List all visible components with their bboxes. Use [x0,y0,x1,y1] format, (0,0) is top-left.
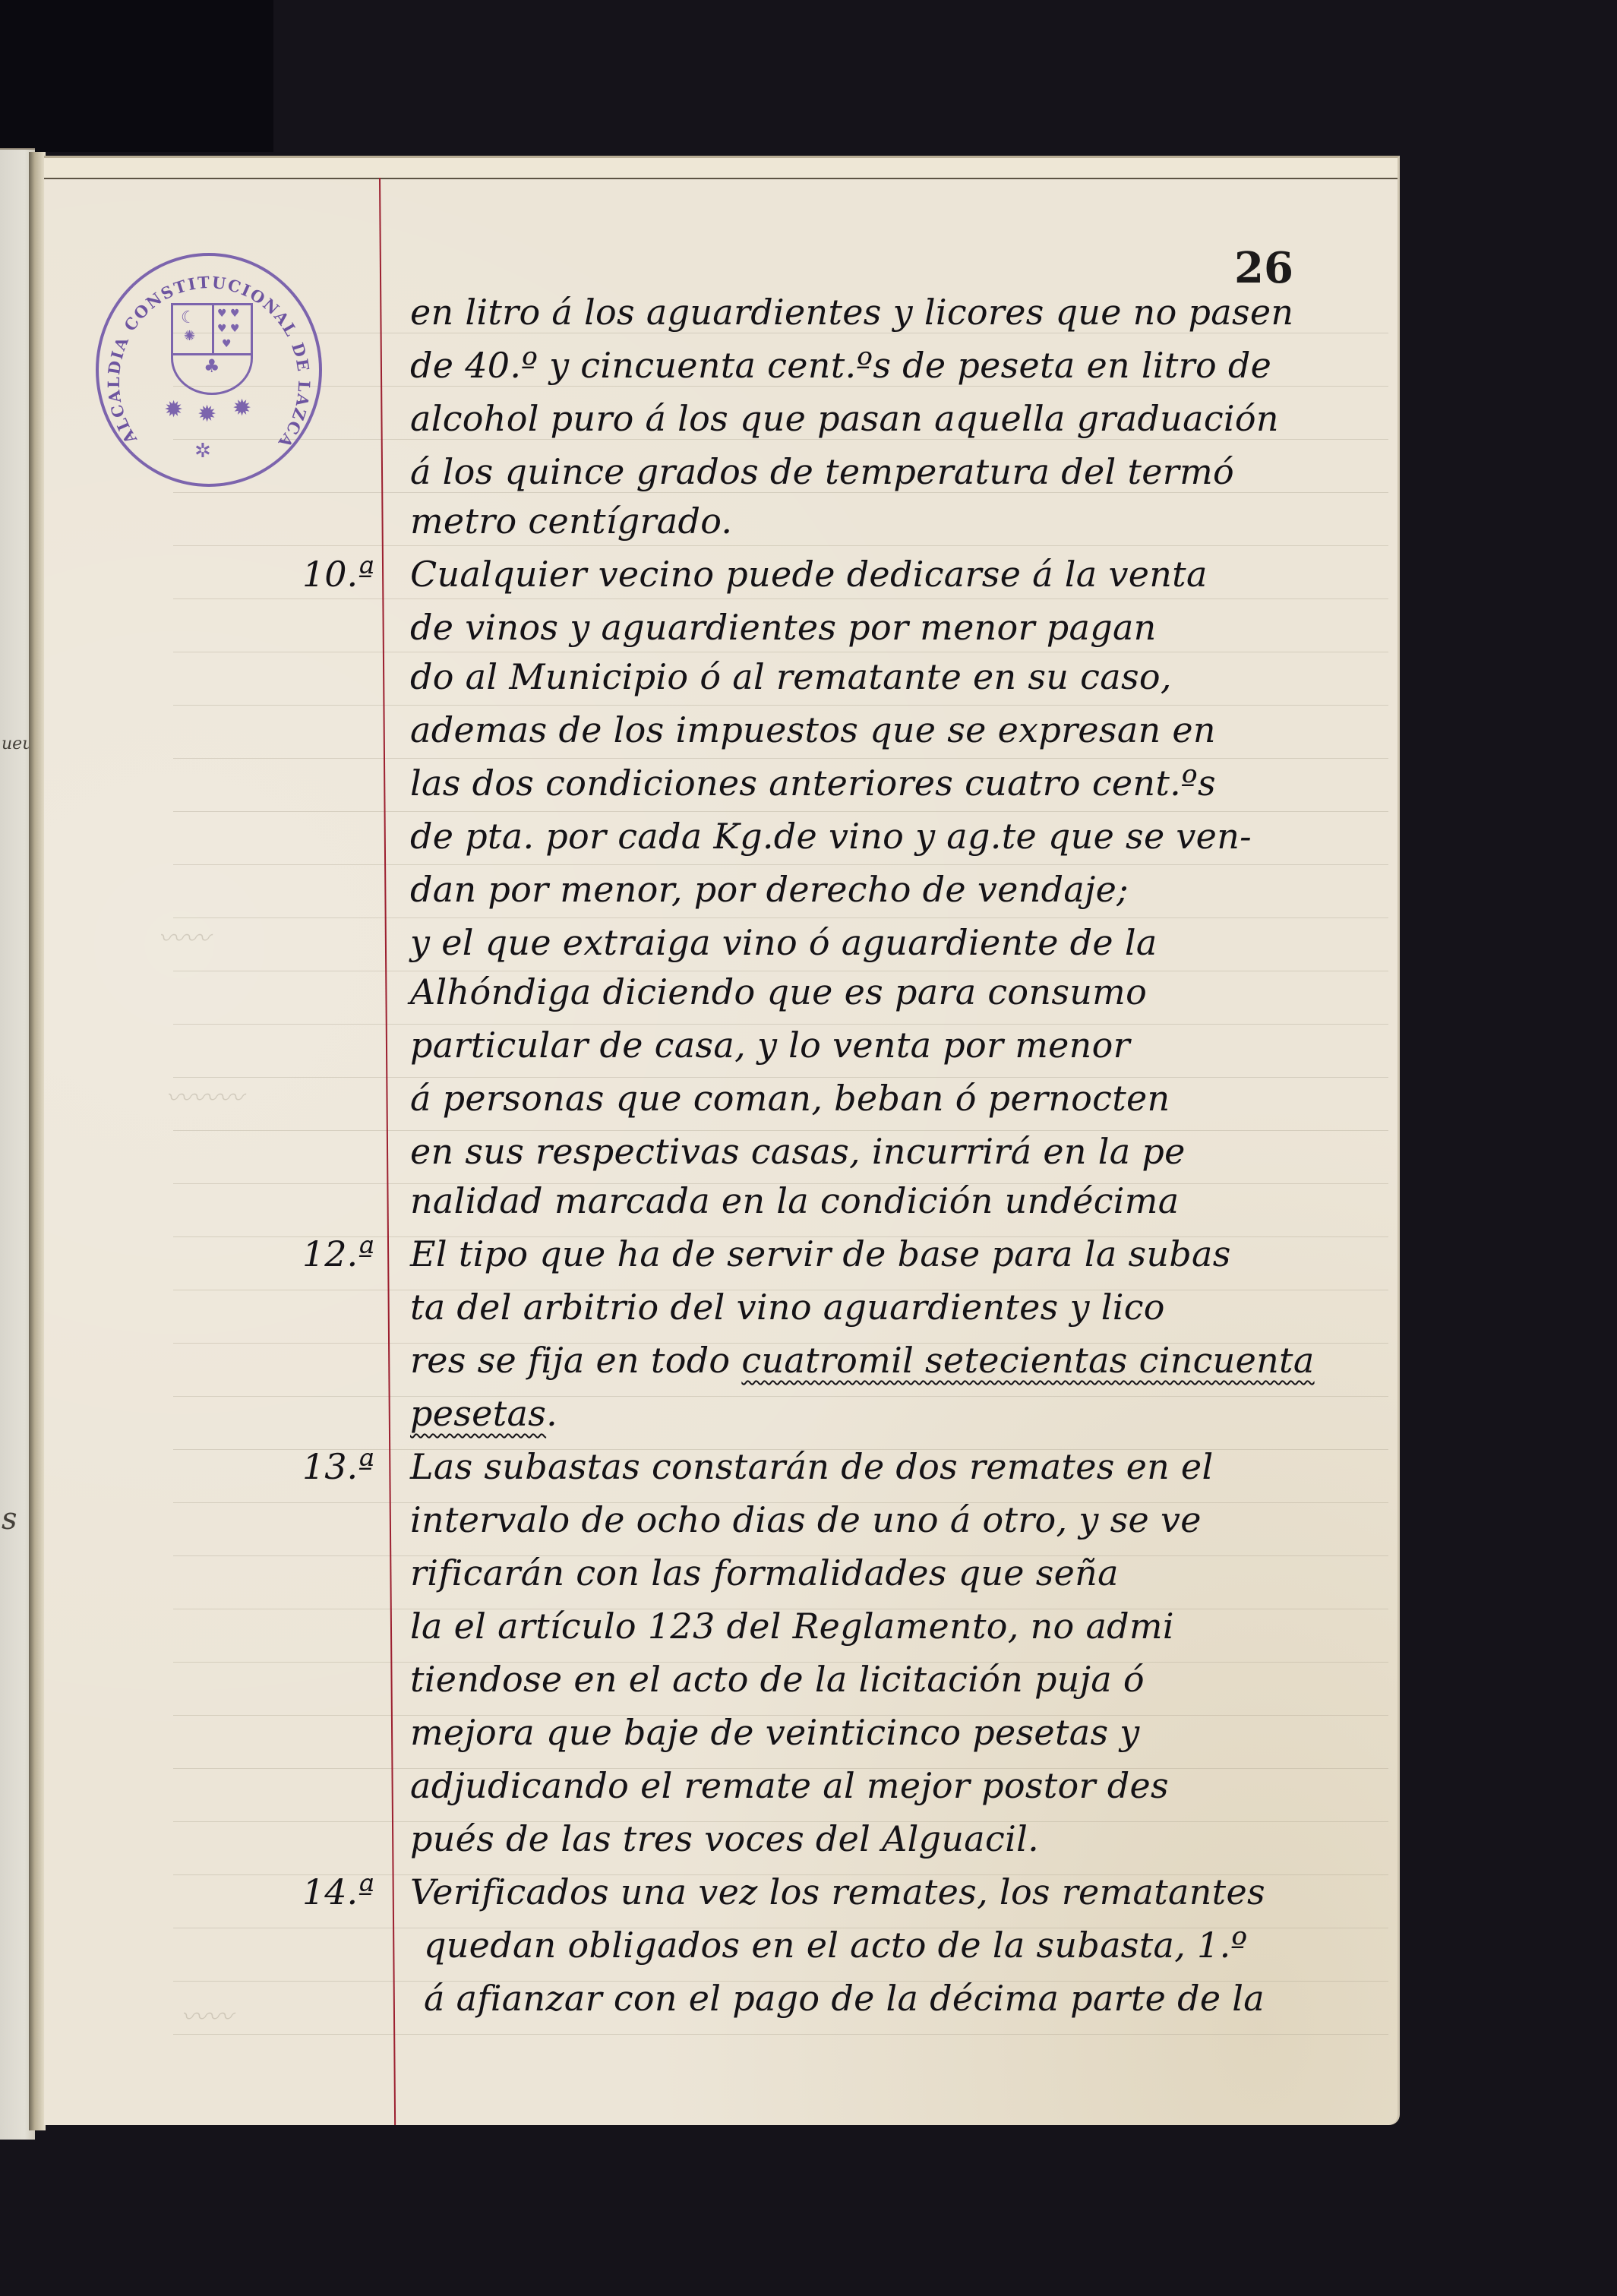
text-line: y el que extraiga vino ó aguardiente de … [410,925,1398,960]
text-line: rificarán con las formalidades que seña [410,1555,1398,1590]
text-line: pués de las tres voces del Alguacil. [410,1821,1398,1856]
star-icon: ✺ [184,330,195,343]
ruled-line [173,811,1388,812]
scan-background [0,0,273,152]
book-binding [29,152,46,2130]
tree-icon: ♣ [204,357,220,375]
star-icon: ✹ [197,403,216,426]
text-line: dan por menor, por derecho de vendaje; [410,872,1398,907]
text-line: Verificados una vez los remates, los rem… [410,1874,1398,1909]
text-line: mejora que baje de veinticinco pesetas y [410,1715,1398,1750]
text-line: en litro á los aguardientes y licores qu… [410,295,1398,330]
leaf-icon: ♥ [222,339,232,349]
cross-star-icon: ✲ [194,441,211,461]
document-page: 〰〰 〰〰〰 〰〰 ALCALDIA CONSTITUCIONAL DE LAZ… [44,156,1400,2125]
text-line: las dos condiciones anteriores cuatro ce… [410,766,1398,801]
underlined-amount: pesetas [410,1393,546,1434]
ruled-line [173,705,1388,706]
star-icon: ✹ [164,399,183,422]
ruled-line [173,758,1388,759]
bleed-through-mark: 〰〰〰 [166,1077,243,1114]
text-line: de 40.º y cincuenta cent.ºs de peseta en… [410,348,1398,383]
text-line: El tipo que ha de servir de base para la… [410,1236,1398,1271]
text-line: á afianzar con el pago de la décima part… [424,1981,1411,2016]
municipal-seal-stamp: ALCALDIA CONSTITUCIONAL DE LAZCANO ☾ ✺ ♥… [96,253,322,487]
page-number: 26 [1234,243,1293,293]
bleed-through-mark: 〰〰 [181,1996,232,2033]
ruled-line [173,439,1388,440]
ruled-line [173,386,1388,387]
paragraph-number: 14.ª [302,1874,374,1909]
leaf-icon: ♥ ♥ [217,324,240,334]
text-line: metro centígrado. [410,504,1398,538]
ruled-line [173,652,1388,652]
text-line: tiendose en el acto de la licitación puj… [410,1662,1398,1697]
text-line: á personas que coman, beban ó pernocten [410,1081,1398,1116]
text-line: do al Municipio ó al rematante en su cas… [410,659,1398,694]
text-line: adjudicando el remate al mejor postor de… [410,1768,1398,1803]
text-line: particular de casa, y lo venta por menor [410,1028,1398,1063]
previous-page-fragment: s [2,1502,17,1536]
text-segment: . [546,1393,557,1434]
text-line: res se fija en todo cuatromil setecienta… [410,1343,1398,1378]
text-line: quedan obligados en el acto de la subast… [424,1928,1411,1963]
text-line: Alhóndiga diciendo que es para consumo [410,974,1398,1009]
paragraph-number: 13.ª [302,1449,374,1484]
text-line: en sus respectivas casas, incurrirá en l… [410,1134,1398,1169]
ruled-line [173,864,1388,865]
ruled-line [173,333,1388,333]
page-top-edge [44,158,1398,179]
text-line: de vinos y aguardientes por menor pagan [410,610,1398,645]
text-line: Cualquier vecino puede dedicarse á la ve… [410,557,1398,592]
text-line: Las subastas constarán de dos remates en… [410,1449,1398,1484]
ruled-line [173,917,1388,918]
text-line: de pta. por cada Kg.de vino y ag.te que … [410,819,1398,854]
ruled-line [173,545,1388,546]
text-line: intervalo de ocho dias de uno á otro, y … [410,1502,1398,1537]
paragraph-number: 12.ª [302,1236,374,1271]
underlined-amount: cuatromil setecientas cincuenta [741,1340,1314,1381]
text-line: nalidad marcada en la condición undécima [410,1183,1398,1218]
ruled-line [173,492,1388,493]
bleed-through-mark: 〰〰 [158,917,210,955]
text-segment: res se fija en todo [410,1340,730,1381]
star-icon: ✹ [232,397,251,420]
text-line: ta del arbitrio del vino aguardientes y … [410,1290,1398,1325]
paragraph-number: 10.ª [302,557,374,592]
text-line: á los quince grados de temperatura del t… [410,454,1398,489]
ruled-line [173,598,1388,599]
text-line: alcohol puro á los que pasan aquella gra… [410,401,1398,436]
text-line: pesetas. [410,1396,1398,1431]
coat-of-arms-shield: ☾ ✺ ♥ ♥ ♥ ♥ ♥ ♣ [171,303,253,395]
red-margin-line [379,178,396,2125]
ruled-line [173,2034,1388,2035]
crescent-moon-icon: ☾ [181,310,196,327]
text-line: ademas de los impuestos que se expresan … [410,712,1398,747]
text-line: la el artículo 123 del Reglamento, no ad… [410,1609,1398,1644]
leaf-icon: ♥ ♥ [217,308,240,319]
